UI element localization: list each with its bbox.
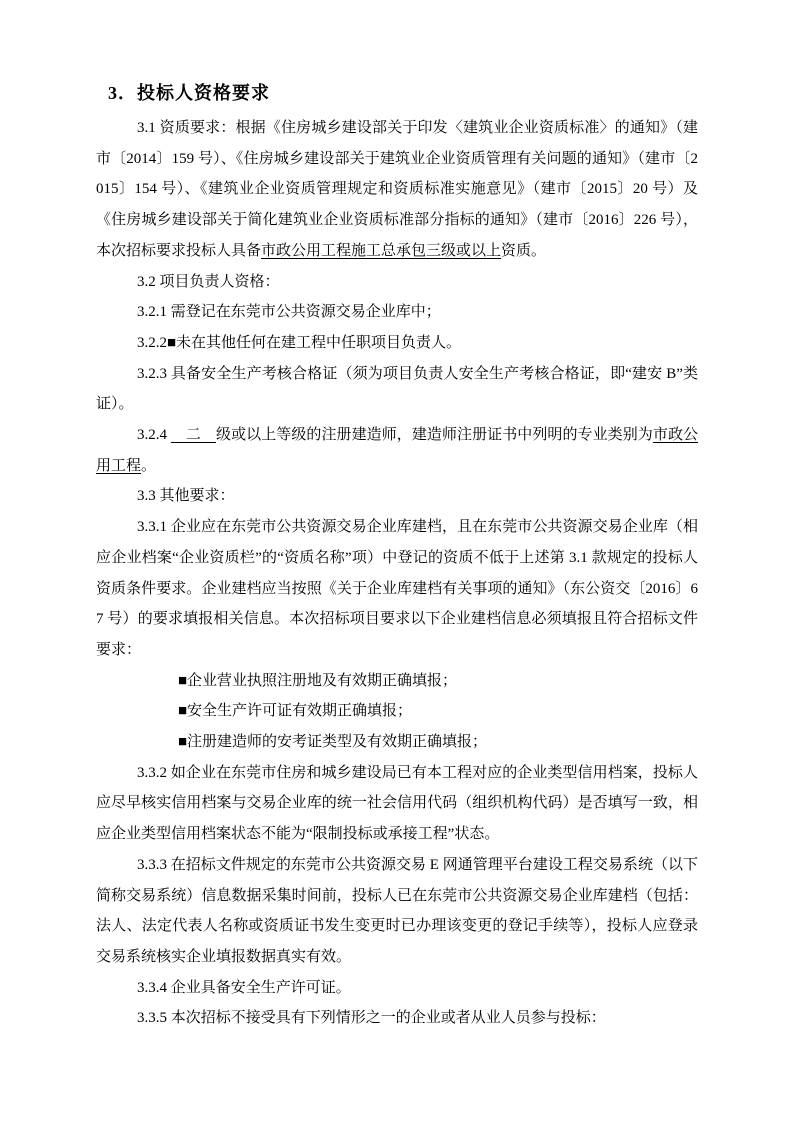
- clause-3-2-4: 3.2.4 二 级或以上等级的注册建造师，建造师注册证书中列明的专业类别为市政公…: [96, 420, 698, 481]
- requirement-bullet-3: ■注册建造师的安考证类型及有效期正确填报；: [96, 727, 698, 758]
- clause-3-2-1: 3.2.1 需登记在东莞市公共资源交易企业库中；: [96, 297, 698, 328]
- text-run: 3.2.1 需登记在东莞市公共资源交易企业库中；: [137, 304, 441, 320]
- clause-3-2-3: 3.2.3 具备安全生产考核合格证（须为项目负责人安全生产考核合格证，即“建安 …: [96, 359, 698, 420]
- clause-3-3-5: 3.3.5 本次招标不接受具有下列情形之一的企业或者从业人员参与投标：: [96, 1003, 698, 1034]
- text-run: 3.2.2■未在其他任何在建工程中任职项目负责人。: [137, 335, 461, 351]
- clause-3-3: 3.3 其他要求：: [96, 481, 698, 512]
- requirement-bullet-2: ■安全生产许可证有效期正确填报；: [96, 696, 698, 727]
- clause-3-3-4: 3.3.4 企业具备安全生产许可证。: [96, 973, 698, 1004]
- document-body: 3.1 资质要求：根据《住房城乡建设部关于印发〈建筑业企业资质标准〉的通知》（建…: [96, 113, 698, 1034]
- text-run: 3.1 资质要求：根据《住房城乡建设部关于印发〈建筑业企业资质标准〉的通知》（建…: [96, 120, 698, 259]
- text-run: 3.3.2 如企业在东莞市住房和城乡建设局已有本工程对应的企业类型信用档案，投标…: [96, 765, 698, 842]
- text-run: 3.3.4 企业具备安全生产许可证。: [137, 980, 351, 996]
- text-run: 3.3.3 在招标文件规定的东莞市公共资源交易 E 网通管理平台建设工程交易系统…: [96, 857, 698, 965]
- text-run: 级或以上等级的注册建造师，建造师注册证书中列明的专业类别为: [216, 427, 653, 443]
- underlined-text-run: 市政公用工程施工总承包三级或以上: [261, 243, 501, 259]
- text-run: 3.3.1 企业应在东莞市公共资源交易企业库建档，且在东莞市公共资源交易企业库（…: [96, 519, 698, 658]
- clause-3-2-2: 3.2.2■未在其他任何在建工程中任职项目负责人。: [96, 328, 698, 359]
- requirement-bullet-1: ■企业营业执照注册地及有效期正确填报；: [96, 666, 698, 697]
- clause-3-2: 3.2 项目负责人资格：: [96, 267, 698, 298]
- underlined-text-run: 二: [171, 427, 216, 443]
- document-content: 3．投标人资格要求 3.1 资质要求：根据《住房城乡建设部关于印发〈建筑业企业资…: [96, 82, 698, 1034]
- text-run: 3.2.3 具备安全生产考核合格证（须为项目负责人安全生产考核合格证，即“建安 …: [96, 366, 698, 413]
- document-page: 3．投标人资格要求 3.1 资质要求：根据《住房城乡建设部关于印发〈建筑业企业资…: [0, 0, 794, 1123]
- text-run: ■安全生产许可证有效期正确填报；: [178, 703, 412, 719]
- text-run: 。: [141, 458, 156, 474]
- text-run: ■企业营业执照注册地及有效期正确填报；: [178, 673, 457, 689]
- clause-3-3-2: 3.3.2 如企业在东莞市住房和城乡建设局已有本工程对应的企业类型信用档案，投标…: [96, 758, 698, 850]
- text-run: 3.3.5 本次招标不接受具有下列情形之一的企业或者从业人员参与投标：: [137, 1010, 606, 1026]
- text-run: 资质。: [501, 243, 546, 259]
- section-heading: 3．投标人资格要求: [108, 82, 698, 104]
- text-run: 3.3 其他要求：: [137, 488, 235, 504]
- text-run: ■注册建造师的安考证类型及有效期正确填报；: [178, 734, 487, 750]
- text-run: 3.2.4: [137, 427, 171, 443]
- clause-3-3-3: 3.3.3 在招标文件规定的东莞市公共资源交易 E 网通管理平台建设工程交易系统…: [96, 850, 698, 973]
- text-run: 3.2 项目负责人资格：: [137, 274, 280, 290]
- clause-3-3-1: 3.3.1 企业应在东莞市公共资源交易企业库建档，且在东莞市公共资源交易企业库（…: [96, 512, 698, 666]
- clause-3-1: 3.1 资质要求：根据《住房城乡建设部关于印发〈建筑业企业资质标准〉的通知》（建…: [96, 113, 698, 267]
